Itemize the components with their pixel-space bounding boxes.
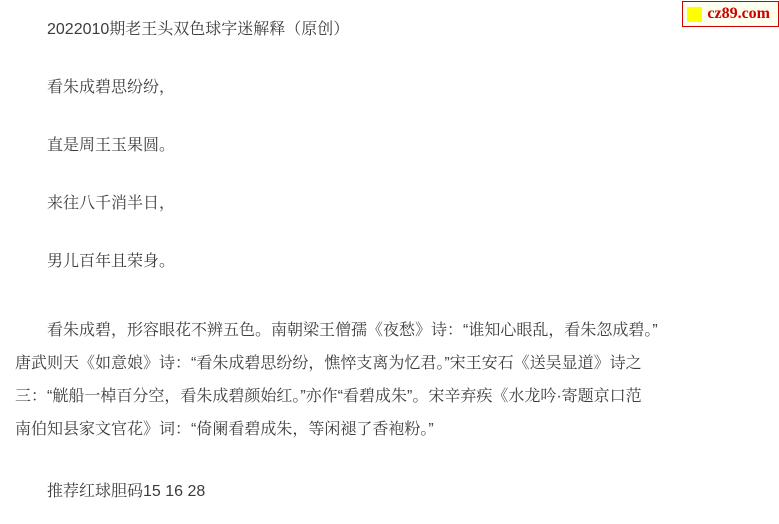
cz89-logo-badge[interactable]: cz89.com bbox=[682, 1, 779, 27]
explanation-line-2: 唐武则天《如意娘》诗：“看朱成碧思纷纷，憔悴支离为忆君。”宋王安石《送吴显道》诗… bbox=[15, 347, 764, 380]
article-title: 2022010期老王头双色球字迷解释（原创） bbox=[15, 18, 764, 42]
cz89-logo-text: cz89.com bbox=[707, 6, 770, 22]
poem-line-4: 男儿百年且荣身。 bbox=[15, 250, 764, 274]
explanation-line-4: 南伯知县家文官花》词：“倚阑看碧成朱，等闲褪了香袍粉。” bbox=[15, 413, 764, 446]
yellow-square-icon bbox=[687, 7, 702, 22]
explanation-paragraph: 看朱成碧，形容眼花不辨五色。南朝梁王僧孺《夜愁》诗：“谁知心眼乱，看朱忽成碧。”… bbox=[15, 314, 764, 446]
article-page: cz89.com 2022010期老王头双色球字迷解释（原创） 看朱成碧思纷纷，… bbox=[0, 0, 779, 524]
poem-line-3: 来往八千消半日， bbox=[15, 192, 764, 216]
explanation-line-3: 三：“觥船一棹百分空，看朱成碧颜始红。”亦作“看碧成朱”。宋辛弃疾《水龙吟·寄题… bbox=[15, 380, 764, 413]
article-body: 2022010期老王头双色球字迷解释（原创） 看朱成碧思纷纷， 直是周王玉果圆。… bbox=[0, 0, 779, 504]
poem-line-2: 直是周王玉果圆。 bbox=[15, 134, 764, 158]
red-ball-recommendation: 推荐红球胆码15 16 28 bbox=[15, 480, 764, 504]
poem-line-1: 看朱成碧思纷纷， bbox=[15, 76, 764, 100]
explanation-line-1: 看朱成碧，形容眼花不辨五色。南朝梁王僧孺《夜愁》诗：“谁知心眼乱，看朱忽成碧。” bbox=[15, 314, 764, 347]
